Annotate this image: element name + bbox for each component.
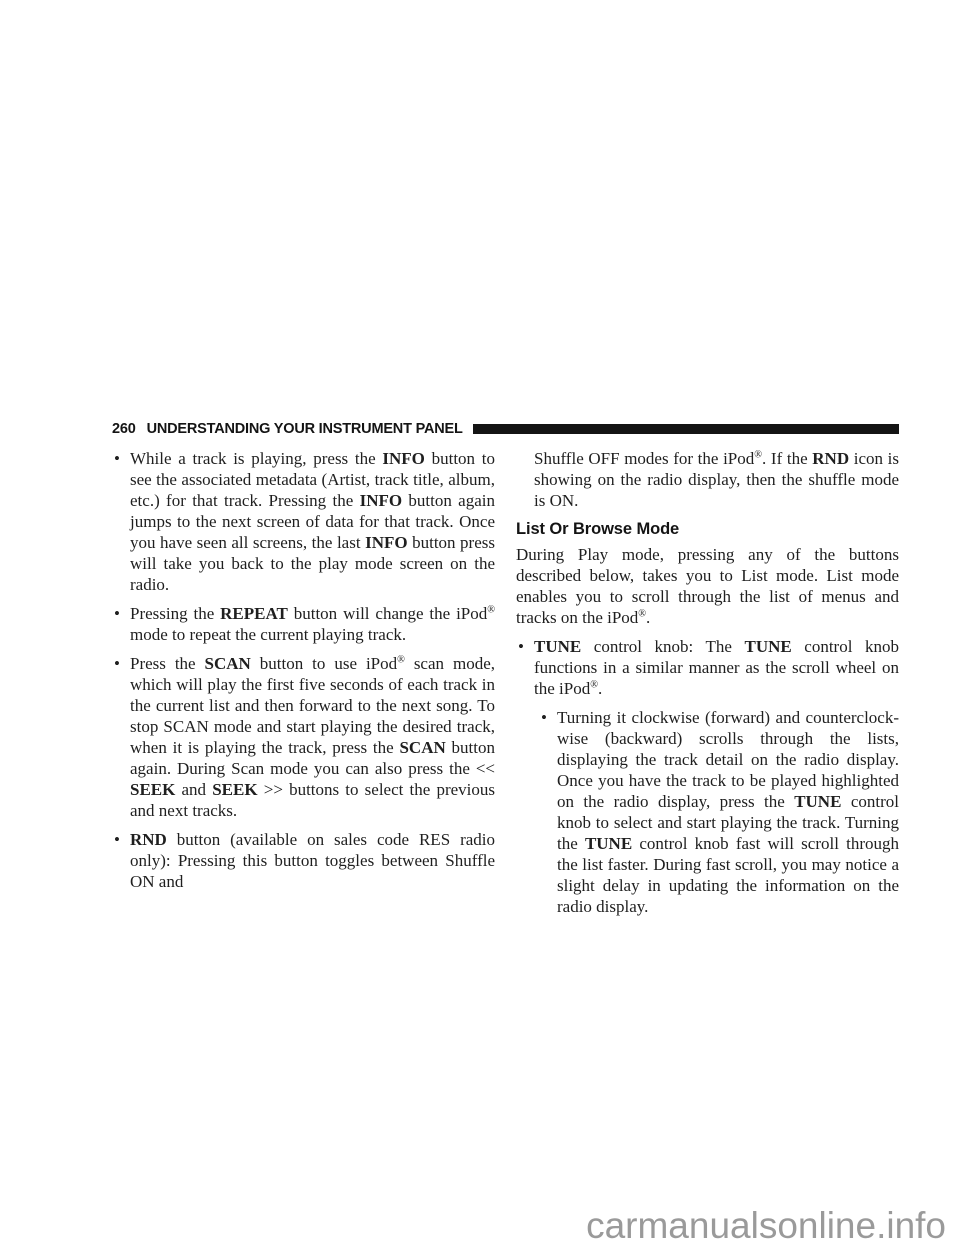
text-run: Press the: [130, 654, 205, 673]
bold-term: SEEK: [212, 780, 257, 799]
bold-term: REPEAT: [220, 604, 288, 623]
bold-term: TUNE: [585, 834, 632, 853]
bold-term: SCAN: [205, 654, 251, 673]
bullet-item: •Press the SCAN button to use iPod® scan…: [112, 653, 495, 821]
bold-term: TUNE: [794, 792, 841, 811]
paragraph: During Play mode, pressing any of the bu…: [516, 544, 899, 628]
header-title: UNDERSTANDING YOUR INSTRUMENT PANEL: [147, 421, 463, 437]
text-run: button will change the iPod: [288, 604, 487, 623]
bold-term: INFO: [360, 491, 403, 510]
registered-mark: ®: [487, 604, 495, 615]
bullet-item: •Turning it clockwise (forward) and coun…: [539, 707, 899, 917]
registered-mark: ®: [754, 449, 762, 460]
column-right: Shuffle OFF modes for the iPod®. If the …: [516, 448, 899, 925]
bold-term: SEEK: [130, 780, 175, 799]
bullet-marker-icon: •: [114, 603, 120, 624]
bold-term: INFO: [365, 533, 408, 552]
text-run: control knob: The: [581, 637, 744, 656]
bold-term: INFO: [382, 449, 425, 468]
registered-mark: ®: [590, 679, 598, 690]
column-left: •While a track is playing, press the INF…: [112, 448, 495, 925]
bold-term: RND: [130, 830, 167, 849]
text-run: .: [598, 679, 602, 698]
section-heading: List Or Browse Mode: [516, 519, 899, 540]
bullet-marker-icon: •: [518, 636, 524, 657]
bullet-marker-icon: •: [114, 829, 120, 850]
text-run: . If the: [762, 449, 812, 468]
bold-term: SCAN: [399, 738, 445, 757]
header-rule: [473, 424, 899, 434]
paragraph: Shuffle OFF modes for the iPod®. If the …: [516, 448, 899, 511]
text-run: While a track is playing, press the: [130, 449, 382, 468]
text-run: During Play mode, pressing any of the bu…: [516, 545, 899, 627]
text-run: mode to repeat the current playing track…: [130, 625, 406, 644]
bold-term: TUNE: [744, 637, 791, 656]
watermark: carmanualsonline.info: [586, 1207, 946, 1242]
bullet-item: •RND button (available on sales code RES…: [112, 829, 495, 892]
page-header: 260 UNDERSTANDING YOUR INSTRUMENT PANEL: [112, 421, 899, 437]
registered-mark: ®: [638, 608, 646, 619]
text-run: .: [646, 608, 650, 627]
bold-term: TUNE: [534, 637, 581, 656]
page-number: 260: [112, 421, 136, 437]
bullet-marker-icon: •: [114, 653, 120, 674]
text-run: Shuffle OFF modes for the iPod: [534, 449, 754, 468]
text-run: and: [175, 780, 212, 799]
text-run: Pressing the: [130, 604, 220, 623]
registered-mark: ®: [397, 654, 405, 665]
text-run: List Or Browse Mode: [516, 520, 679, 538]
text-columns: •While a track is playing, press the INF…: [112, 448, 899, 925]
bullet-item: •TUNE control knob: The TUNE control kno…: [516, 636, 899, 699]
text-run: button to use iPod: [251, 654, 397, 673]
bullet-marker-icon: •: [114, 448, 120, 469]
text-run: button (available on sales code RES radi…: [130, 830, 495, 891]
bullet-item: •Pressing the REPEAT button will change …: [112, 603, 495, 645]
bold-term: RND: [812, 449, 849, 468]
manual-page: 260 UNDERSTANDING YOUR INSTRUMENT PANEL …: [0, 0, 960, 1242]
bullet-marker-icon: •: [541, 707, 547, 728]
bullet-item: •While a track is playing, press the INF…: [112, 448, 495, 595]
